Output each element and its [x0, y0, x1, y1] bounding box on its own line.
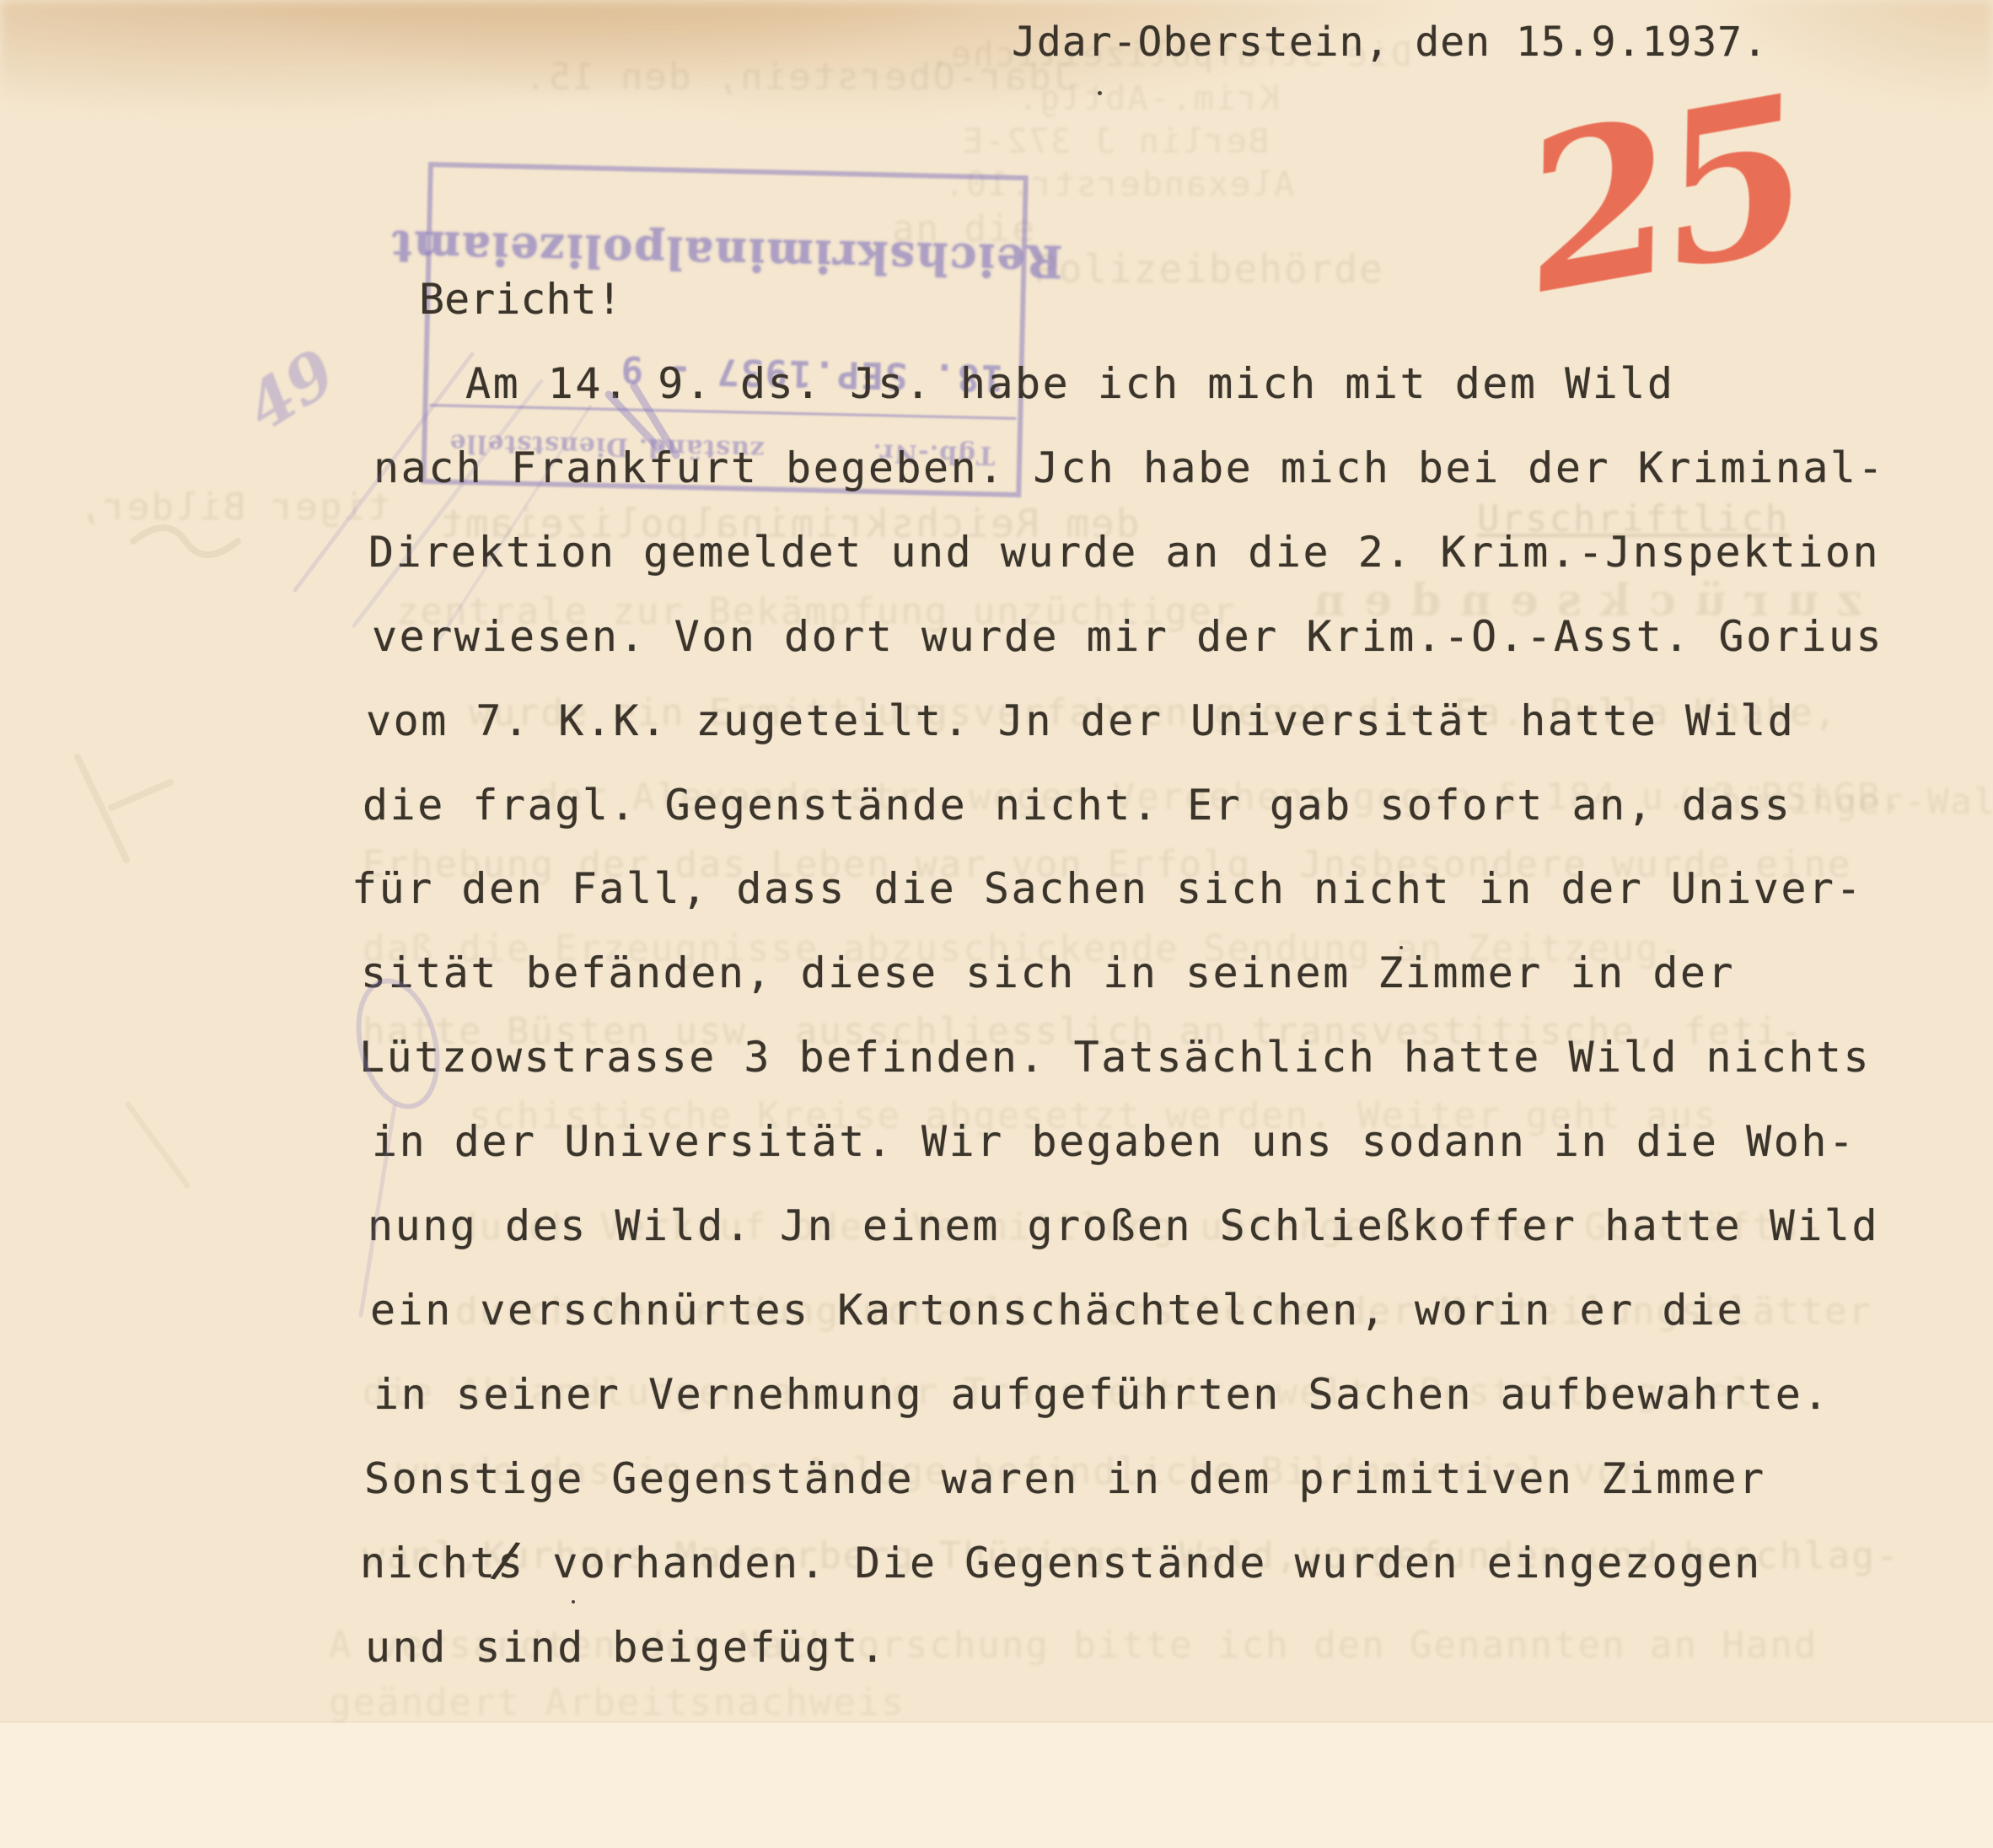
paper-speck [1098, 91, 1102, 95]
paper-speck [572, 1600, 575, 1604]
pen-scribbles [0, 0, 1993, 1848]
paper-speck [1399, 946, 1403, 949]
